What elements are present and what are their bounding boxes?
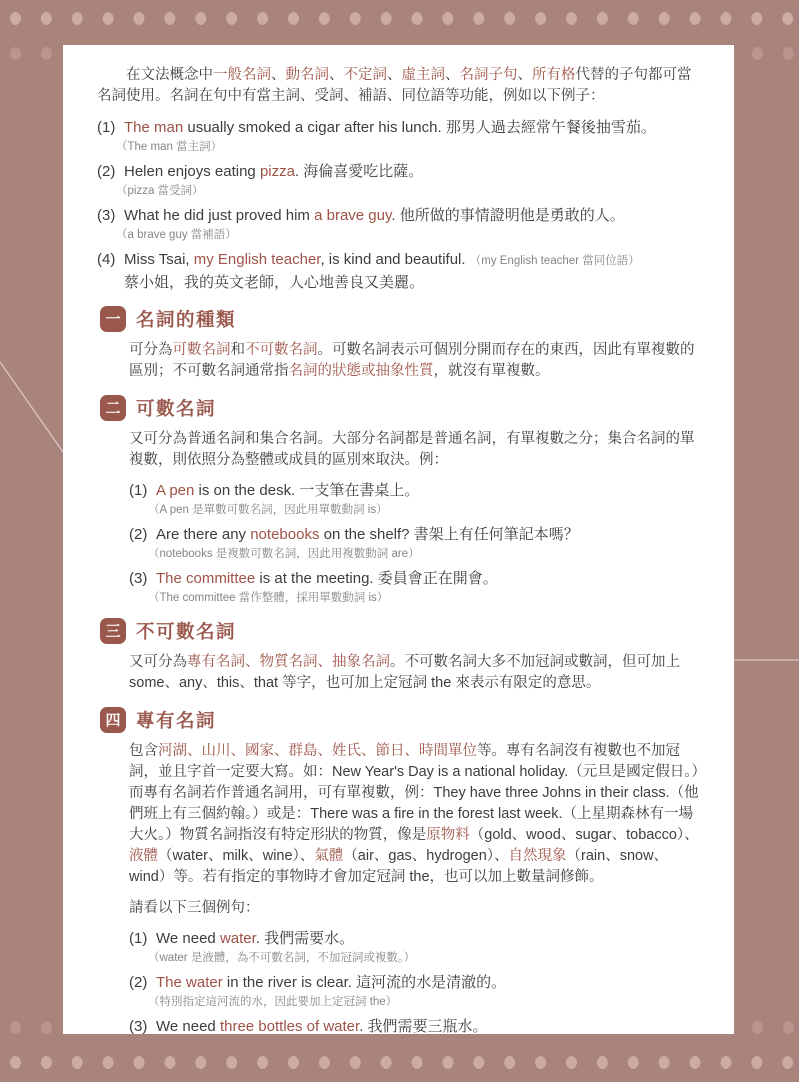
highlighted-term: A pen [156, 482, 194, 499]
section-title: 名詞的種類 [136, 309, 236, 330]
text-run: We need [156, 1018, 220, 1034]
example-item: (2)Helen enjoys eating pizza. 海倫喜愛吃比薩。 （… [97, 162, 704, 198]
highlighted-term: 液體 [129, 848, 158, 864]
example-note: （pizza 當受詞） [116, 184, 704, 198]
example-note: （特別指定這河流的水，因此要加上定冠詞 the） [148, 995, 704, 1009]
text-run: 可分為 [129, 342, 173, 358]
text-run: 、 [445, 67, 460, 83]
section-paragraph: 可分為可數名詞和不可數名詞。可數名詞表示可個別分開而存在的東西，因此有單複數的區… [129, 340, 704, 382]
highlighted-term: 原物料 [426, 827, 470, 843]
example-number: (1) [97, 118, 115, 138]
section-body: 包含河湖、山川、國家、群島、姓氏、節日、時間單位等。專有名詞沒有複數也不加冠詞，… [129, 741, 704, 1034]
textbook-page: 在文法概念中一般名詞、動名詞、不定詞、虛主詞、名詞子句、所有格代替的子句都可當名… [0, 0, 799, 1082]
text-run: What he did just proved him [124, 207, 314, 224]
section: 三 不可數名詞 又可分為專有名詞、物質名詞、抽象名詞。不可數名詞大多不加冠詞或數… [97, 618, 704, 694]
section-paragraph: 又可分為普通名詞和集合名詞。大部分名詞都是普通名詞，有單複數之分；集合名詞的單複… [129, 429, 704, 471]
text-run: is on the desk. 一支筆在書桌上。 [194, 482, 419, 499]
example-note: （water 是液體，為不可數名詞，不加冠詞或複數。） [148, 951, 704, 965]
highlighted-term: 可數名詞 [173, 342, 231, 358]
example-item: (3)The committee is at the meeting. 委員會正… [129, 569, 704, 605]
section-paragraph: 請看以下三個例句： [129, 898, 704, 919]
highlighted-term: 名詞的狀態或抽象性質 [289, 363, 434, 379]
highlighted-term: my English teacher [194, 251, 321, 268]
text-run: 又可分為 [129, 654, 187, 670]
example-sentence: We need three bottles of water. 我們需要三瓶水。 [156, 1018, 488, 1034]
highlighted-term: 自然現象 [509, 848, 567, 864]
example-translation: 蔡小姐，我的英文老師，人心地善良又美麗。 [124, 273, 704, 293]
example-sentence: Are there any notebooks on the shelf? 書架… [156, 526, 579, 543]
section-body: 又可分為普通名詞和集合名詞。大部分名詞都是普通名詞，有單複數之分；集合名詞的單複… [129, 429, 704, 605]
section-body: 又可分為專有名詞、物質名詞、抽象名詞。不可數名詞大多不加冠詞或數詞，但可加上 s… [129, 652, 704, 694]
section-paragraph: 包含河湖、山川、國家、群島、姓氏、節日、時間單位等。專有名詞沒有複數也不加冠詞，… [129, 741, 704, 888]
top-dot-border [0, 12, 799, 25]
example-number: (2) [129, 525, 147, 545]
inline-note: （my English teacher 當同位語） [470, 255, 640, 267]
highlighted-term: three bottles of water [220, 1018, 359, 1034]
example-sentence: Miss Tsai, my English teacher, is kind a… [124, 251, 640, 268]
text-run: 包含 [129, 743, 158, 759]
example-note: （A pen 是單數可數名詞，因此用單數動詞 is） [148, 503, 704, 517]
highlighted-term: 名詞子句 [460, 67, 518, 83]
section-number-badge: 一 [100, 306, 126, 332]
intro-paragraph: 在文法概念中一般名詞、動名詞、不定詞、虛主詞、名詞子句、所有格代替的子句都可當名… [97, 65, 704, 107]
text-run: in the river is clear. 這河流的水是清澈的。 [223, 974, 506, 991]
section-paragraph: 又可分為專有名詞、物質名詞、抽象名詞。不可數名詞大多不加冠詞或數詞，但可加上 s… [129, 652, 704, 694]
section-header: 二 可數名詞 [100, 395, 704, 421]
highlighted-term: The water [156, 974, 223, 991]
highlighted-term: notebooks [250, 526, 319, 543]
side-dot [41, 1021, 52, 1034]
text-run: 在文法概念中 [126, 67, 213, 83]
highlighted-term: pizza [260, 163, 295, 180]
section: 一 名詞的種類 可分為可數名詞和不可數名詞。可數名詞表示可個別分開而存在的東西，… [97, 306, 704, 382]
text-run: （air、gas、hydrogen）、 [343, 848, 508, 864]
text-run: on the shelf? 書架上有任何筆記本嗎？ [319, 526, 578, 543]
text-run: 、 [329, 67, 344, 83]
example-sentence: The man usually smoked a cigar after his… [124, 119, 656, 136]
text-run: usually smoked a cigar after his lunch. … [183, 119, 656, 136]
example-sentence: What he did just proved him a brave guy.… [124, 207, 625, 224]
example-number: (3) [129, 569, 147, 589]
text-run: 、 [387, 67, 402, 83]
side-dot [10, 1021, 21, 1034]
bottom-dot-border [0, 1056, 799, 1069]
section-number-badge: 三 [100, 618, 126, 644]
example-sentence: We need water. 我們需要水。 [156, 930, 354, 947]
section-body: 可分為可數名詞和不可數名詞。可數名詞表示可個別分開而存在的東西，因此有單複數的區… [129, 340, 704, 382]
highlighted-term: 氣體 [314, 848, 343, 864]
highlighted-term: 專有名詞、物質名詞、抽象名詞 [187, 654, 390, 670]
example-number: (1) [129, 929, 147, 949]
example-number: (1) [129, 481, 147, 501]
example-item: (2)Are there any notebooks on the shelf?… [129, 525, 704, 561]
section-title: 不可數名詞 [136, 621, 236, 642]
highlighted-term: water [220, 930, 256, 947]
text-run: （gold、wood、sugar、tobacco）、 [470, 827, 699, 843]
example-sentence: A pen is on the desk. 一支筆在書桌上。 [156, 482, 419, 499]
text-run: Are there any [156, 526, 250, 543]
highlighted-term: 一般名詞 [213, 67, 271, 83]
section-title: 專有名詞 [136, 710, 216, 731]
side-dot [752, 1021, 763, 1034]
highlighted-term: 河湖、山川、國家、群島、姓氏、節日、時間單位 [158, 743, 477, 759]
section-header: 三 不可數名詞 [100, 618, 704, 644]
side-dot [783, 1021, 794, 1034]
text-run: 、 [518, 67, 533, 83]
diagonal-line [0, 362, 63, 452]
text-run: 和 [231, 342, 246, 358]
content-card: 在文法概念中一般名詞、動名詞、不定詞、虛主詞、名詞子句、所有格代替的子句都可當名… [63, 45, 734, 1034]
text-run: , is kind and beautiful. [320, 251, 469, 268]
side-dot [752, 47, 763, 60]
highlighted-term: 不定詞 [344, 67, 388, 83]
text-run: Helen enjoys eating [124, 163, 260, 180]
example-note: （The committee 當作整體，採用單數動詞 is） [148, 591, 704, 605]
intro-example-list: (1)The man usually smoked a cigar after … [97, 118, 704, 293]
section-list: 一 名詞的種類 可分為可數名詞和不可數名詞。可數名詞表示可個別分開而存在的東西，… [97, 306, 704, 1034]
text-run: . 我們需要三瓶水。 [359, 1018, 487, 1034]
highlighted-term: 不可數名詞 [245, 342, 318, 358]
example-item: (1)We need water. 我們需要水。 （water 是液體，為不可數… [129, 929, 704, 965]
example-item: (2)The water in the river is clear. 這河流的… [129, 973, 704, 1009]
example-sentence: The committee is at the meeting. 委員會正在開會… [156, 570, 498, 587]
example-number: (2) [129, 973, 147, 993]
example-number: (4) [97, 250, 115, 270]
example-note: （a brave guy 當補語） [116, 228, 704, 242]
highlighted-term: The committee [156, 570, 255, 587]
example-note: （notebooks 是複數可數名詞，因此用複數動詞 are） [148, 547, 704, 561]
text-run: is at the meeting. 委員會正在開會。 [255, 570, 498, 587]
highlighted-term: 所有格 [532, 67, 576, 83]
example-sentence: Helen enjoys eating pizza. 海倫喜愛吃比薩。 [124, 163, 423, 180]
text-run: 又可分為普通名詞和集合名詞。大部分名詞都是普通名詞，有單複數之分；集合名詞的單複… [129, 431, 695, 468]
section-header: 四 專有名詞 [100, 707, 704, 733]
highlighted-term: The man [124, 119, 183, 136]
example-number: (3) [97, 206, 115, 226]
text-run: 、 [271, 67, 286, 83]
example-item: (1)A pen is on the desk. 一支筆在書桌上。 （A pen… [129, 481, 704, 517]
example-item: (3)We need three bottles of water. 我們需要三… [129, 1017, 704, 1034]
example-sentence: The water in the river is clear. 這河流的水是清… [156, 974, 506, 991]
text-run: ，就沒有單複數。 [434, 363, 550, 379]
example-number: (3) [129, 1017, 147, 1034]
example-item: (1)The man usually smoked a cigar after … [97, 118, 704, 154]
text-run: . 我們需要水。 [256, 930, 354, 947]
section-number-badge: 二 [100, 395, 126, 421]
text-run: 請看以下三個例句： [129, 900, 260, 916]
section-title: 可數名詞 [136, 398, 216, 419]
text-run: . 海倫喜愛吃比薩。 [295, 163, 423, 180]
example-item: (3)What he did just proved him a brave g… [97, 206, 704, 242]
example-item: (4)Miss Tsai, my English teacher, is kin… [97, 250, 704, 293]
side-dot [41, 47, 52, 60]
highlighted-term: a brave guy [314, 207, 391, 224]
highlighted-term: 虛主詞 [402, 67, 446, 83]
text-run: . 他所做的事情證明他是勇敢的人。 [391, 207, 624, 224]
example-number: (2) [97, 162, 115, 182]
highlighted-term: 動名詞 [286, 67, 330, 83]
text-run: Miss Tsai, [124, 251, 194, 268]
text-run: We need [156, 930, 220, 947]
section-number-badge: 四 [100, 707, 126, 733]
side-dot [10, 47, 21, 60]
section: 二 可數名詞 又可分為普通名詞和集合名詞。大部分名詞都是普通名詞，有單複數之分；… [97, 395, 704, 605]
section: 四 專有名詞 包含河湖、山川、國家、群島、姓氏、節日、時間單位等。專有名詞沒有複… [97, 707, 704, 1034]
side-dot [783, 47, 794, 60]
section-header: 一 名詞的種類 [100, 306, 704, 332]
text-run: （water、milk、wine）、 [158, 848, 314, 864]
example-note: （The man 當主詞） [116, 140, 704, 154]
